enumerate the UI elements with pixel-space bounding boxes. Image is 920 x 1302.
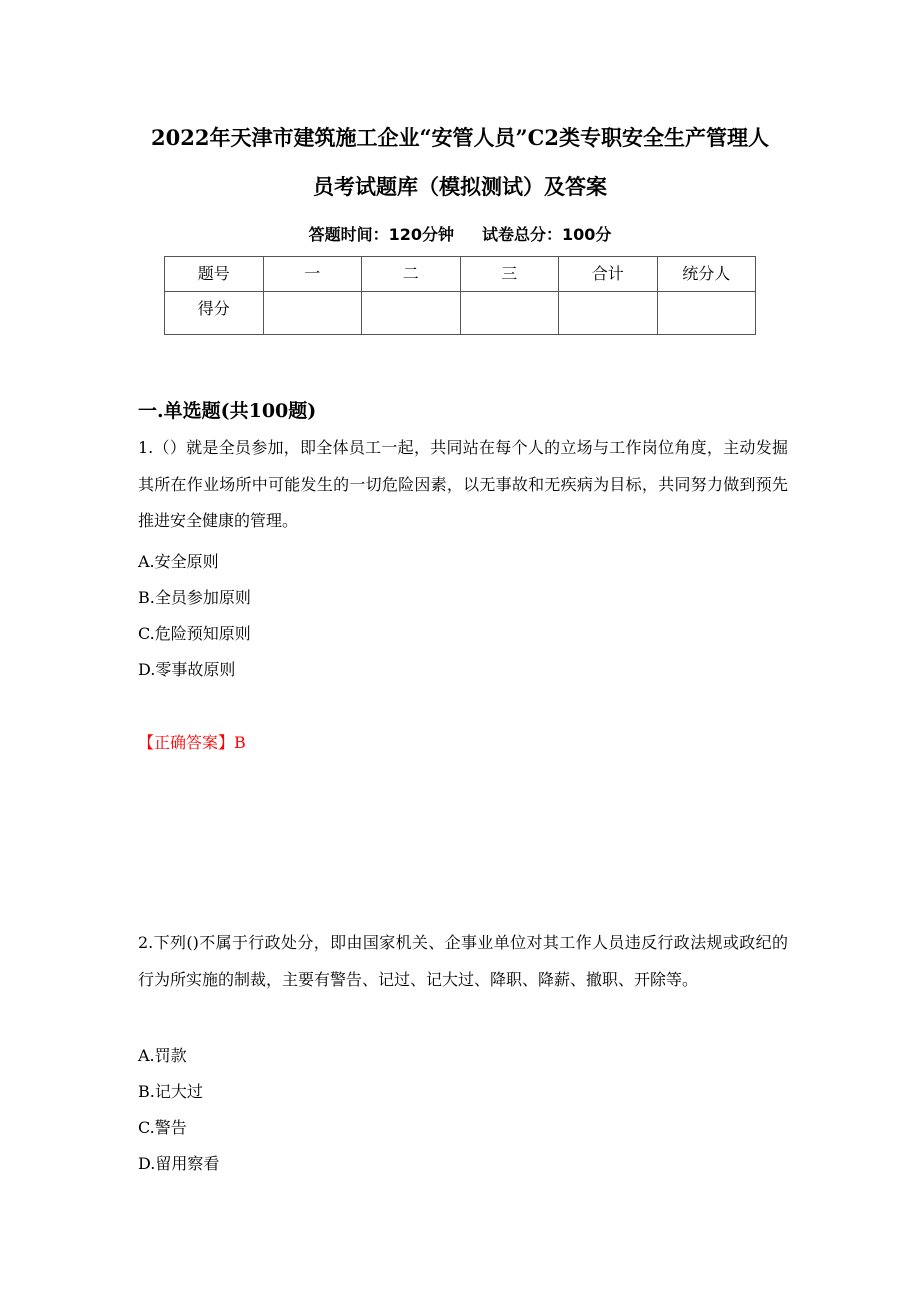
header-cell: 统分人 (657, 257, 756, 292)
header-cell: 一 (263, 257, 362, 292)
exam-time: 答题时间：120分钟 (309, 225, 454, 244)
score-table-score-row: 得分 (165, 292, 756, 335)
question-1-answer: 【正确答案】B (138, 730, 246, 753)
score-cell (460, 292, 559, 335)
score-cell (362, 292, 461, 335)
header-cell: 三 (460, 257, 559, 292)
question-stem-2: 2.下列()不属于行政处分，即由国家机关、企事业单位对其工作人员违反行政法规或政… (138, 925, 788, 998)
question-stem-1: 1.（）就是全员参加，即全体员工一起，共同站在每个人的立场与工作岗位角度，主动发… (138, 430, 788, 540)
header-cell: 合计 (559, 257, 658, 292)
question-2-option-a: A.罚款 (138, 1043, 187, 1066)
exam-meta: 答题时间：120分钟试卷总分：100分 (0, 222, 920, 245)
row-label-cell: 得分 (165, 292, 264, 335)
document-title-line1: 2022年天津市建筑施工企业“安管人员”C2类专职安全生产管理人 (0, 122, 920, 152)
question-1-option-d: D.零事故原则 (138, 657, 235, 680)
header-cell: 题号 (165, 257, 264, 292)
document-title-line2: 员考试题库（模拟测试）及答案 (0, 171, 920, 201)
document-page: 2022年天津市建筑施工企业“安管人员”C2类专职安全生产管理人 员考试题库（模… (0, 0, 920, 1302)
question-2-option-b: B.记大过 (138, 1079, 203, 1102)
question-2-option-c: C.警告 (138, 1115, 187, 1138)
score-cell (559, 292, 658, 335)
question-2-option-d: D.留用察看 (138, 1151, 219, 1174)
score-table-header-row: 题号 一 二 三 合计 统分人 (165, 257, 756, 292)
question-1-option-c: C.危险预知原则 (138, 621, 251, 644)
score-table: 题号 一 二 三 合计 统分人 得分 (164, 256, 756, 335)
score-cell (263, 292, 362, 335)
exam-total-score: 试卷总分：100分 (482, 225, 611, 244)
score-cell (657, 292, 756, 335)
header-cell: 二 (362, 257, 461, 292)
question-1-option-b: B.全员参加原则 (138, 585, 251, 608)
section-title: 一.单选题(共100题) (138, 396, 316, 423)
question-1-option-a: A.安全原则 (138, 549, 219, 572)
